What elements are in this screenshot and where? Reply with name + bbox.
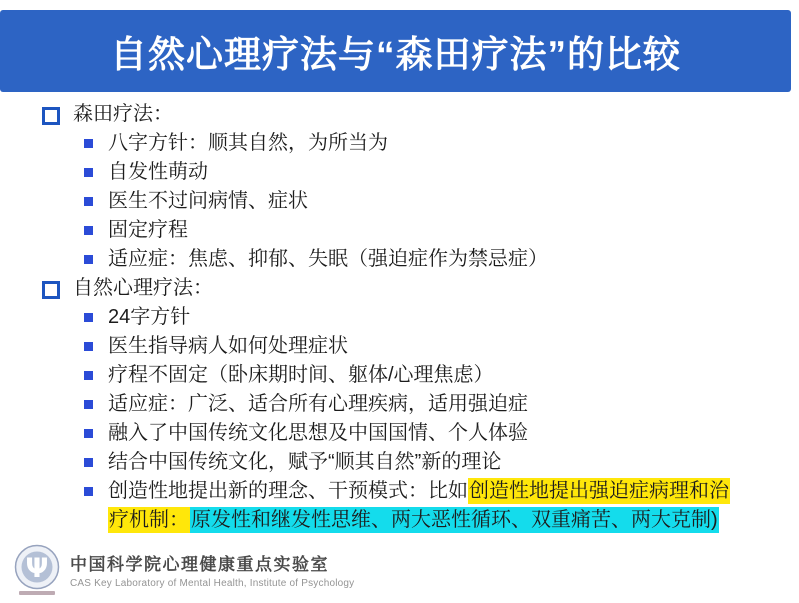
square-bullet-icon	[84, 226, 93, 235]
heading-text: 自然心理疗法：	[73, 274, 213, 303]
section-heading-natural: 自然心理疗法：	[40, 274, 780, 303]
list-item: 适应症：焦虑、抑郁、失眠（强迫症作为禁忌症）	[40, 245, 780, 274]
hollow-square-bullet-icon	[42, 281, 60, 299]
square-bullet-icon	[84, 342, 93, 351]
square-bullet-icon	[84, 139, 93, 148]
org-names: 中国科学院心理健康重点实验室 CAS Key Laboratory of Men…	[70, 550, 354, 589]
item-text: 适应症：广泛、适合所有心理疾病，适用强迫症	[108, 390, 528, 419]
cyan-highlight-text: 原发性和继发性思维、两大恶性循环、双重痛苦、两大克制)	[190, 507, 719, 533]
item-text: 医生不过问病情、症状	[108, 187, 308, 216]
item-text: 疗程不固定（卧床期时间、躯体/心理焦虑）	[108, 361, 494, 390]
item-text: 结合中国传统文化，赋予“顺其自然”新的理论	[108, 448, 501, 477]
list-item: 24字方针	[40, 303, 780, 332]
item-text: 医生指导病人如何处理症状	[108, 332, 348, 361]
item-text: 融入了中国传统文化思想及中国国情、个人体验	[108, 419, 528, 448]
hollow-square-bullet-icon	[42, 107, 60, 125]
list-item: 固定疗程	[40, 216, 780, 245]
square-bullet-icon	[84, 371, 93, 380]
heading-text: 森田疗法：	[73, 100, 173, 129]
list-item: 适应症：广泛、适合所有心理疾病，适用强迫症	[40, 390, 780, 419]
square-bullet-icon	[84, 168, 93, 177]
item-text: 24字方针	[108, 303, 190, 332]
list-item-highlighted: 创造性地提出新的理念、干预模式：比如创造性地提出强迫症病理和治疗机制：原发性和继…	[40, 477, 780, 535]
list-item: 结合中国传统文化，赋予“顺其自然”新的理论	[40, 448, 780, 477]
lab-logo-icon: Ψ	[14, 544, 60, 590]
lab-logo: Ψ	[14, 544, 60, 595]
footer: Ψ 中国科学院心理健康重点实验室 CAS Key Laboratory of M…	[14, 544, 354, 595]
square-bullet-icon	[84, 487, 93, 496]
item-text: 固定疗程	[108, 216, 188, 245]
square-bullet-icon	[84, 197, 93, 206]
list-item: 自发性萌动	[40, 158, 780, 187]
section-heading-morita: 森田疗法：	[40, 100, 780, 129]
square-bullet-icon	[84, 313, 93, 322]
list-item: 医生不过问病情、症状	[40, 187, 780, 216]
square-bullet-icon	[84, 429, 93, 438]
svg-text:Ψ: Ψ	[26, 553, 49, 584]
list-item: 八字方针：顺其自然，为所当为	[40, 129, 780, 158]
item-text: 八字方针：顺其自然，为所当为	[108, 129, 388, 158]
list-item: 医生指导病人如何处理症状	[40, 332, 780, 361]
item-text: 创造性地提出新的理念、干预模式：比如创造性地提出强迫症病理和治疗机制：原发性和继…	[108, 477, 738, 535]
slide-title: 自然心理疗法与“森田疗法”的比较	[110, 24, 681, 78]
list-item: 融入了中国传统文化思想及中国国情、个人体验	[40, 419, 780, 448]
item-text-plain: 创造性地提出新的理念、干预模式：比如	[108, 480, 468, 502]
square-bullet-icon	[84, 255, 93, 264]
list-item: 疗程不固定（卧床期时间、躯体/心理焦虑）	[40, 361, 780, 390]
item-text: 自发性萌动	[108, 158, 208, 187]
square-bullet-icon	[84, 458, 93, 467]
presentation-slide: 自然心理疗法与“森田疗法”的比较 森田疗法： 八字方针：顺其自然，为所当为 自发…	[0, 0, 799, 603]
org-name-cn: 中国科学院心理健康重点实验室	[70, 550, 354, 575]
item-text: 适应症：焦虑、抑郁、失眠（强迫症作为禁忌症）	[108, 245, 548, 274]
slide-body: 森田疗法： 八字方针：顺其自然，为所当为 自发性萌动 医生不过问病情、症状 固定…	[40, 100, 780, 535]
square-bullet-icon	[84, 400, 93, 409]
logo-microtext	[19, 591, 55, 595]
org-name-en: CAS Key Laboratory of Mental Health, Ins…	[70, 578, 354, 589]
title-bar: 自然心理疗法与“森田疗法”的比较	[0, 10, 791, 92]
